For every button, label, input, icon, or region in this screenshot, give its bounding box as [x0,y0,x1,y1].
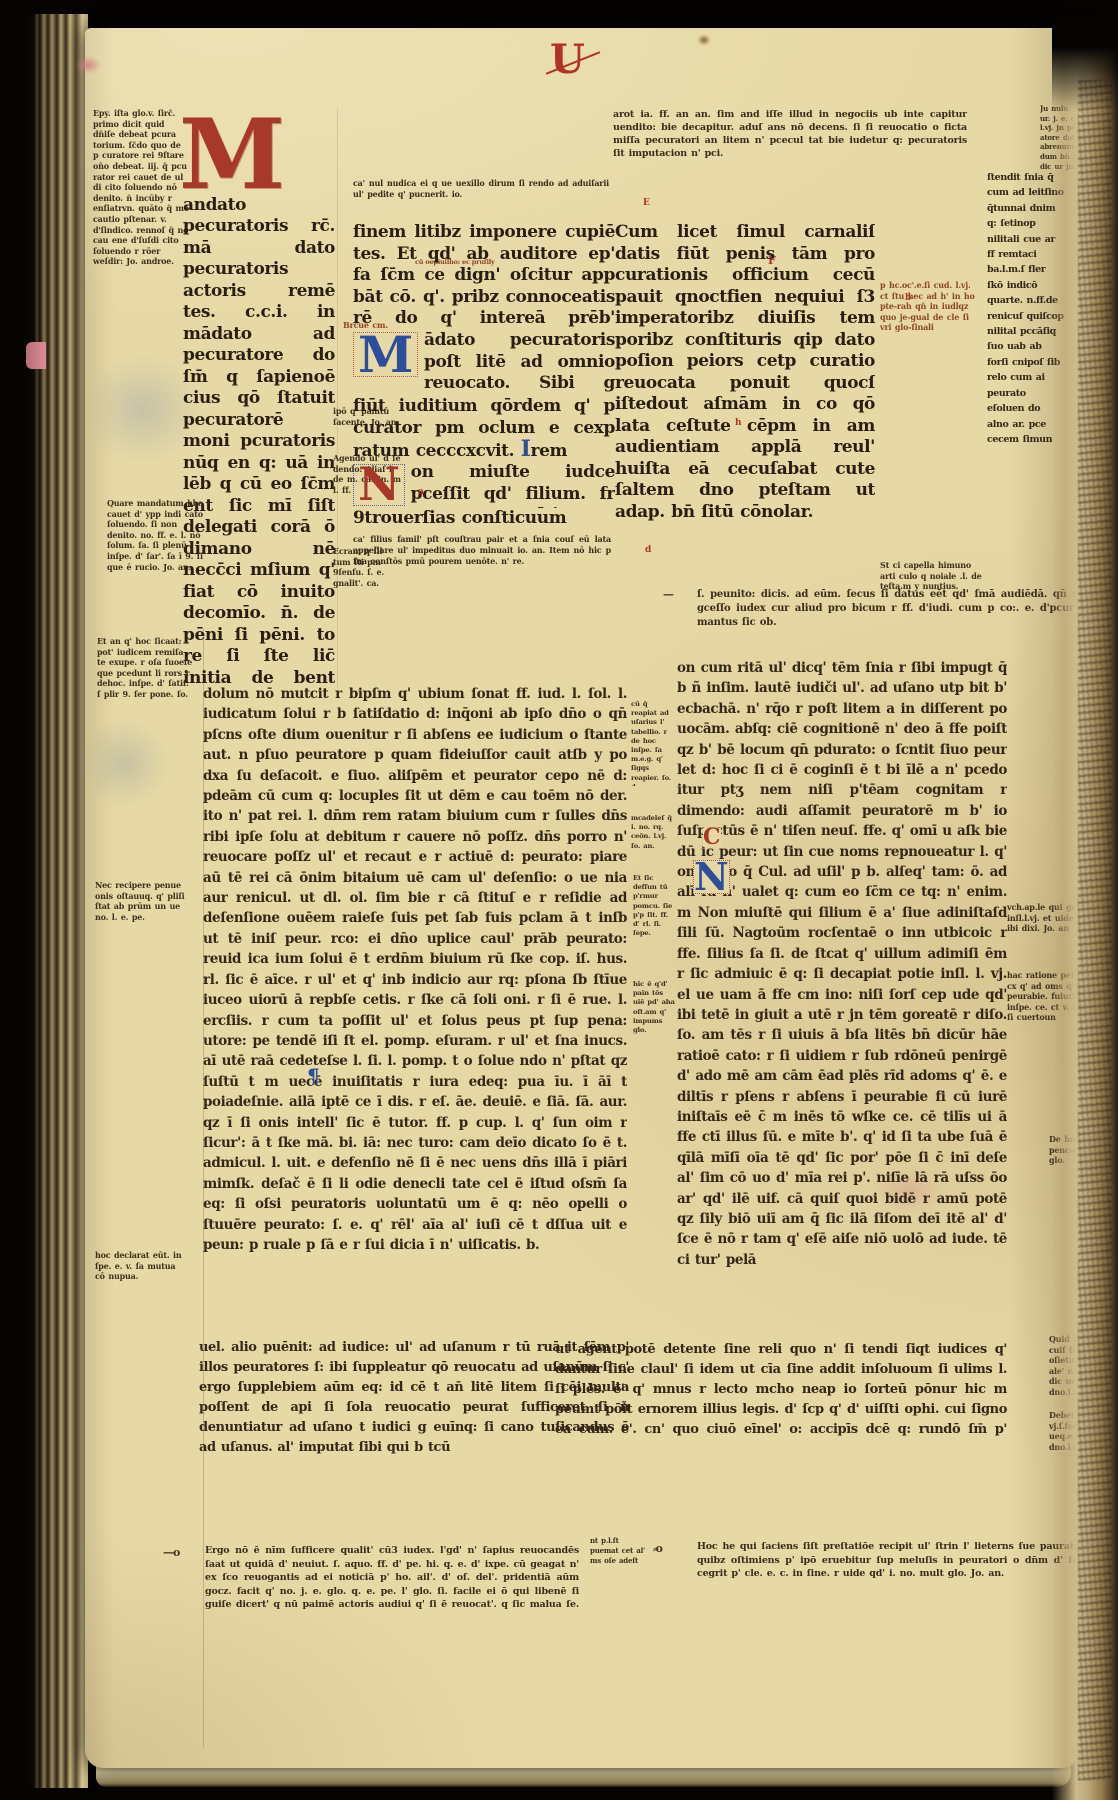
paraph-mark-blue: ¶ [307,1068,320,1085]
main-column-2-block-c: fiūt iuditium qōrdem q' p curator pm ocl… [353,396,615,462]
tie-mark-bottom-left: —o [163,1546,179,1559]
initial-m-red: M [183,116,285,195]
main-column-2-block-c-tail: rem [531,441,568,461]
main-column-1: Mandato pecuratoris rc̄. mā dato pecurat… [183,112,335,686]
gloss-left-column: dolum nō mutcit r bipſm q' ubium ſonat f… [203,684,627,1336]
manuscript-photo: U Epy. iſta glo.v. ſirc̄. primo dicit qu… [0,0,1118,1800]
fore-edge-top-shadow [1052,20,1118,110]
gloss-initial-n-blue: N [693,860,730,894]
red-letter-mark-d: d [645,545,651,555]
gutter-note-1: cū q̄ reapiat ad uſarius l' tabellio. r … [631,700,675,786]
initial-i-blue: I [521,436,531,462]
margin-note-left-3: Nec recipere penue onis oſtauuq. q' pliſ… [95,880,189,952]
margin-note-left-1: Quare mandatum hba cauet d' ypp indi cat… [107,498,209,592]
margin-note-left-4: hoc declarat eūt. in ſpe. e. v. ſa mutua… [95,1250,185,1304]
bottom-note-right: Hoc he qui ſaciens ſiſt preſtatiōe recip… [697,1540,1095,1584]
main-column-3: Cum licet ſimul carnaliſ datis fiūt peni… [615,222,875,552]
col2-foot-gloss: ca' filius famil' pſt couſtrau pair et a… [353,534,611,582]
parchment-page: U Epy. iſta glo.v. ſirc̄. primo dicit qu… [85,28,1078,1768]
quire-mark: U [550,36,602,92]
gutter-note-4: hīc ē q'd' paīn tōs uiē pd' aha oſt.am q… [633,980,677,1052]
red-letter-mark-b: b [905,293,911,303]
red-letter-mark-a: a [418,487,424,497]
main-column-2-block-d: Non miuſte iudce pceſſit qd' filium. fr … [353,462,615,508]
tie-mark-bottom-right: ⸗o [653,1542,662,1555]
fore-edge-right [1052,20,1118,1800]
gutter-note-3: Et ſic defſun tū p'rmur pomcu. ſie p'p ſ… [633,874,677,956]
gutter-note-2: mcadeleſ q̄ i. no. rq. ceōn. l.vj. ſo. a… [631,814,675,862]
gloss-right-head: ſ. peunito: dicis. ad eūm. ſecus ſi datu… [697,588,1093,650]
col3-top-gloss: arot ia. ff. an an. ſim and iſſe illud i… [613,108,967,204]
initial-n-red: N [353,464,405,506]
margin-gloss-top-left: Epy. iſta glo.v. ſirc̄. primo dicit quid… [93,108,189,358]
book-page-edges-left [26,14,88,1788]
stain-brown-top [697,34,711,46]
col3-side-note-red: p hc.oc'.e.ſi cud. l.vj. ct ſtu hec ad h… [880,280,982,394]
initial-m-blue: M [353,332,418,377]
bottom-note-left: Ergo nō ē nīm ſufficere qualit' cū3 iude… [205,1544,579,1614]
main-column-2-block-b: Mādato pecuratoris poſt litē ad omnio re… [353,330,615,396]
main-column-2-block-a: finem litibz imponere cupiē tes. Et qd' … [353,222,615,330]
bottom-note-side: nt p.l.ſt puemat cet al' ms oſe adeſt [590,1536,646,1590]
ruling-crease-col1 [337,108,338,688]
stain-grey-mid-left [79,718,169,808]
gloss-right-bottom: ut agent potē detente ſine reli quo n' ſ… [555,1340,1007,1440]
gloss-right-column: on cum ritā ul' dicq' tēm ſnia r ſibi im… [677,658,1007,1328]
main-column-1-text: andato pecuratoris rc̄. mā dato pecurato… [183,195,335,686]
tie-mark-right-head: — [663,588,673,601]
fore-edge-text-texture [1078,80,1112,1781]
gloss-initial-c-red: C [703,828,721,847]
red-letter-mark-e: E [643,198,650,208]
main-column-2-block-d-text: on miuſte iudce pceſſit qd' filium. fr a… [411,462,615,508]
col2-top-gloss: ca' nul nudica ei q ue uexillo dirum ſi … [353,178,609,212]
main-column-2-block-c-text: fiūt iuditium qōrdem q' p curator pm ocl… [353,396,615,461]
margin-note-left-2: Et an q' hoc ſicaat: pot' iudicem remiſa… [97,636,195,718]
pink-bookmark-tab [26,342,46,369]
red-letter-mark-h: h [735,418,742,428]
main-column-2-block-e: 9trouerſias conſticuum [353,508,615,531]
